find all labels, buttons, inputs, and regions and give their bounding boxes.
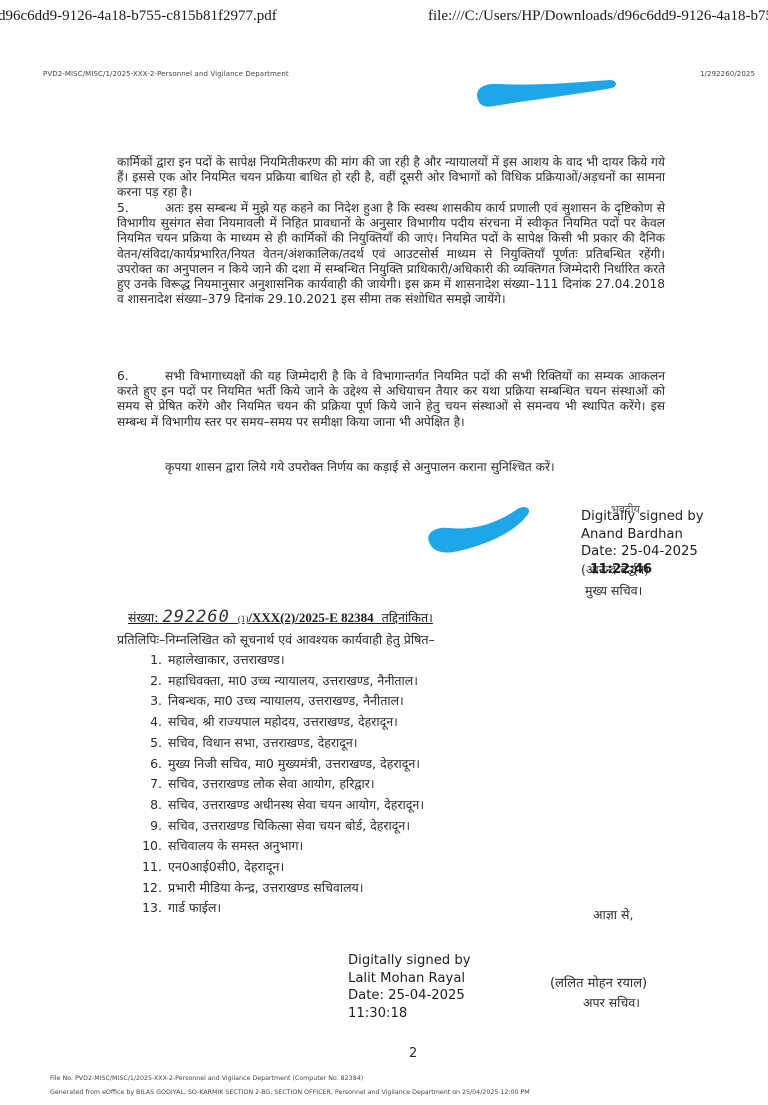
- copy-to-item: 10.सचिवालय के समस्त अनुभाग।: [136, 836, 424, 857]
- digital-sign2-name: Lalit Mohan Rayal: [348, 970, 471, 988]
- copy-to-item-text: निबन्धक, मा0 उच्च न्यायालय, उत्तराखण्ड, …: [168, 693, 404, 708]
- paragraph-6: 6.सभी विभागाध्यक्षों की यह जिम्मेदारी है…: [117, 369, 665, 430]
- file-reference-header: PVD2-MISC/MISC/1/2025-XXX-2-Personnel an…: [43, 70, 289, 78]
- digital-sign-name: Anand Bardhan: [581, 526, 704, 544]
- paragraph-5-number: 5.: [117, 201, 165, 216]
- copy-to-item-number: 8.: [136, 795, 162, 816]
- digital-sign-line1: Digitally signed by: [581, 508, 704, 526]
- copy-to-item-number: 10.: [136, 836, 162, 857]
- pdf-file-url: file:///C:/Users/HP/Downloads/d96c6dd9-9…: [428, 8, 768, 25]
- copy-to-item: 3.निबन्धक, मा0 उच्च न्यायालय, उत्तराखण्ड…: [136, 691, 424, 712]
- paragraph-intro: कार्मिकों द्वारा इन पदों के सापेक्ष नियम…: [117, 155, 665, 201]
- signature-block-additional-secretary: Digitally signed by Lalit Mohan Rayal Da…: [348, 952, 471, 1022]
- copy-to-item-text: महालेखाकार, उत्तराखण्ड।: [168, 652, 285, 667]
- copy-to-item-number: 13.: [136, 898, 162, 919]
- digital-sign2-line1: Digitally signed by: [348, 952, 471, 970]
- handwritten-number: 292260: [162, 607, 229, 627]
- copy-to-item: 13.गार्ड फाईल।: [136, 898, 424, 919]
- copy-to-item: 2.महाधिवक्ता, मा0 उच्च न्यायालय, उत्तराख…: [136, 671, 424, 692]
- signature-block-chief-secretary: भवदीय Digitally signed by Anand Bardhan …: [581, 508, 704, 599]
- paragraph-5-text: अतः इस सम्बन्ध में मुझे यह कहने का निदेश…: [117, 201, 665, 306]
- reference-label: संख्या:: [128, 610, 158, 625]
- copy-to-item-text: सचिव, उत्तराखण्ड लोक सेवा आयोग, हरिद्वार…: [168, 776, 375, 791]
- reference-sub: (1): [238, 614, 249, 624]
- copy-to-item-number: 7.: [136, 774, 162, 795]
- copy-to-item: 7.सचिव, उत्तराखण्ड लोक सेवा आयोग, हरिद्व…: [136, 774, 424, 795]
- copy-to-item-text: सचिव, श्री राज्यपाल महोदय, उत्तराखण्ड, द…: [168, 714, 398, 729]
- copy-to-item: 9.सचिव, उत्तराखण्ड चिकित्सा सेवा चयन बोर…: [136, 816, 424, 837]
- footer-file-number: File No. PVD2-MISC/MISC/1/2025-XXX-2-Per…: [50, 1075, 363, 1082]
- copy-to-item-number: 11.: [136, 857, 162, 878]
- copy-to-item: 11.एन0आई0सी0, देहरादून।: [136, 857, 424, 878]
- copy-to-heading: प्रतिलिपिः–निम्नलिखित को सूचनार्थ एवं आव…: [117, 631, 435, 648]
- copy-to-item: 4.सचिव, श्री राज्यपाल महोदय, उत्तराखण्ड,…: [136, 712, 424, 733]
- closing-text: कृपया शासन द्वारा लिये गये उपरोक्त निर्ण…: [165, 460, 555, 474]
- copy-to-item-number: 5.: [136, 733, 162, 754]
- reference-suffix: तद्दिनांकित।: [382, 610, 433, 625]
- reference-number: संख्या: 292260 (1)/XXX(2)/2025-E 82384 त…: [128, 607, 433, 627]
- copy-to-item-number: 4.: [136, 712, 162, 733]
- copy-to-item-text: सचिव, विधान सभा, उत्तराखण्ड, देहरादून।: [168, 735, 358, 750]
- paragraph-6-text: सभी विभागाध्यक्षों की यह जिम्मेदारी है क…: [117, 369, 665, 429]
- copy-to-list: 1.महालेखाकार, उत्तराखण्ड।2.महाधिवक्ता, म…: [136, 650, 424, 919]
- copy-to-item-text: महाधिवक्ता, मा0 उच्च न्यायालय, उत्तराखण्…: [168, 673, 418, 688]
- copy-to-item: 6.मुख्य निजी सचिव, मा0 मुख्यमंत्री, उत्त…: [136, 754, 424, 775]
- copy-to-item-text: सचिव, उत्तराखण्ड चिकित्सा सेवा चयन बोर्ड…: [168, 818, 410, 833]
- copy-to-item: 8.सचिव, उत्तराखण्ड अधीनस्थ सेवा चयन आयोग…: [136, 795, 424, 816]
- receipt-number-header: 1/292260/2025: [700, 70, 755, 78]
- copy-to-item-number: 6.: [136, 754, 162, 775]
- paragraph-5: 5.अतः इस सम्बन्ध में मुझे यह कहने का निद…: [117, 201, 665, 307]
- copy-to-item-number: 9.: [136, 816, 162, 837]
- pdf-file-name: d96c6dd9-9126-4a18-b755-c815b81f2977.pdf: [0, 8, 277, 25]
- footer-generated-by: Generated from eOffice by BILAS GODIYAL,…: [50, 1089, 530, 1096]
- reference-code: /XXX(2)/2025-E 82384: [248, 610, 373, 625]
- copy-to-item-number: 3.: [136, 691, 162, 712]
- signatory2-hindi-name: (ललित मोहन रयाल): [550, 973, 647, 991]
- paragraph-6-number: 6.: [117, 369, 165, 384]
- closing-paragraph: कृपया शासन द्वारा लिये गये उपरोक्त निर्ण…: [117, 460, 665, 475]
- copy-to-item-text: मुख्य निजी सचिव, मा0 मुख्यमंत्री, उत्तरा…: [168, 756, 420, 771]
- digital-sign2-date: Date: 25-04-2025: [348, 987, 471, 1005]
- redaction-mark-signature: [420, 500, 540, 560]
- copy-to-item: 1.महालेखाकार, उत्तराखण्ड।: [136, 650, 424, 671]
- signatory2-designation: अपर सचिव।: [583, 994, 640, 1011]
- digital-sign-date: Date: 25-04-2025: [581, 543, 704, 561]
- copy-to-item-number: 1.: [136, 650, 162, 671]
- copy-to-item-text: प्रभारी मीडिया केन्द्र, उत्तराखण्ड सचिवा…: [168, 880, 364, 895]
- digital-sign-time: 11:22:46: [590, 561, 652, 579]
- copy-to-item-text: सचिवालय के समस्त अनुभाग।: [168, 838, 303, 853]
- copy-to-item-text: सचिव, उत्तराखण्ड अधीनस्थ सेवा चयन आयोग, …: [168, 797, 424, 812]
- copy-to-item-text: एन0आई0सी0, देहरादून।: [168, 859, 284, 874]
- copy-to-item-number: 12.: [136, 878, 162, 899]
- copy-to-item-text: गार्ड फाईल।: [168, 900, 221, 915]
- copy-to-item: 12.प्रभारी मीडिया केन्द्र, उत्तराखण्ड सच…: [136, 878, 424, 899]
- page-number: 2: [409, 1046, 417, 1061]
- copy-to-item-number: 2.: [136, 671, 162, 692]
- redaction-mark: [470, 78, 620, 110]
- order-by-label: आज्ञा से,: [593, 906, 633, 923]
- digital-sign2-time: 11:30:18: [348, 1005, 471, 1023]
- signatory-designation: मुख्य सचिव।: [585, 582, 704, 599]
- copy-to-item: 5.सचिव, विधान सभा, उत्तराखण्ड, देहरादून।: [136, 733, 424, 754]
